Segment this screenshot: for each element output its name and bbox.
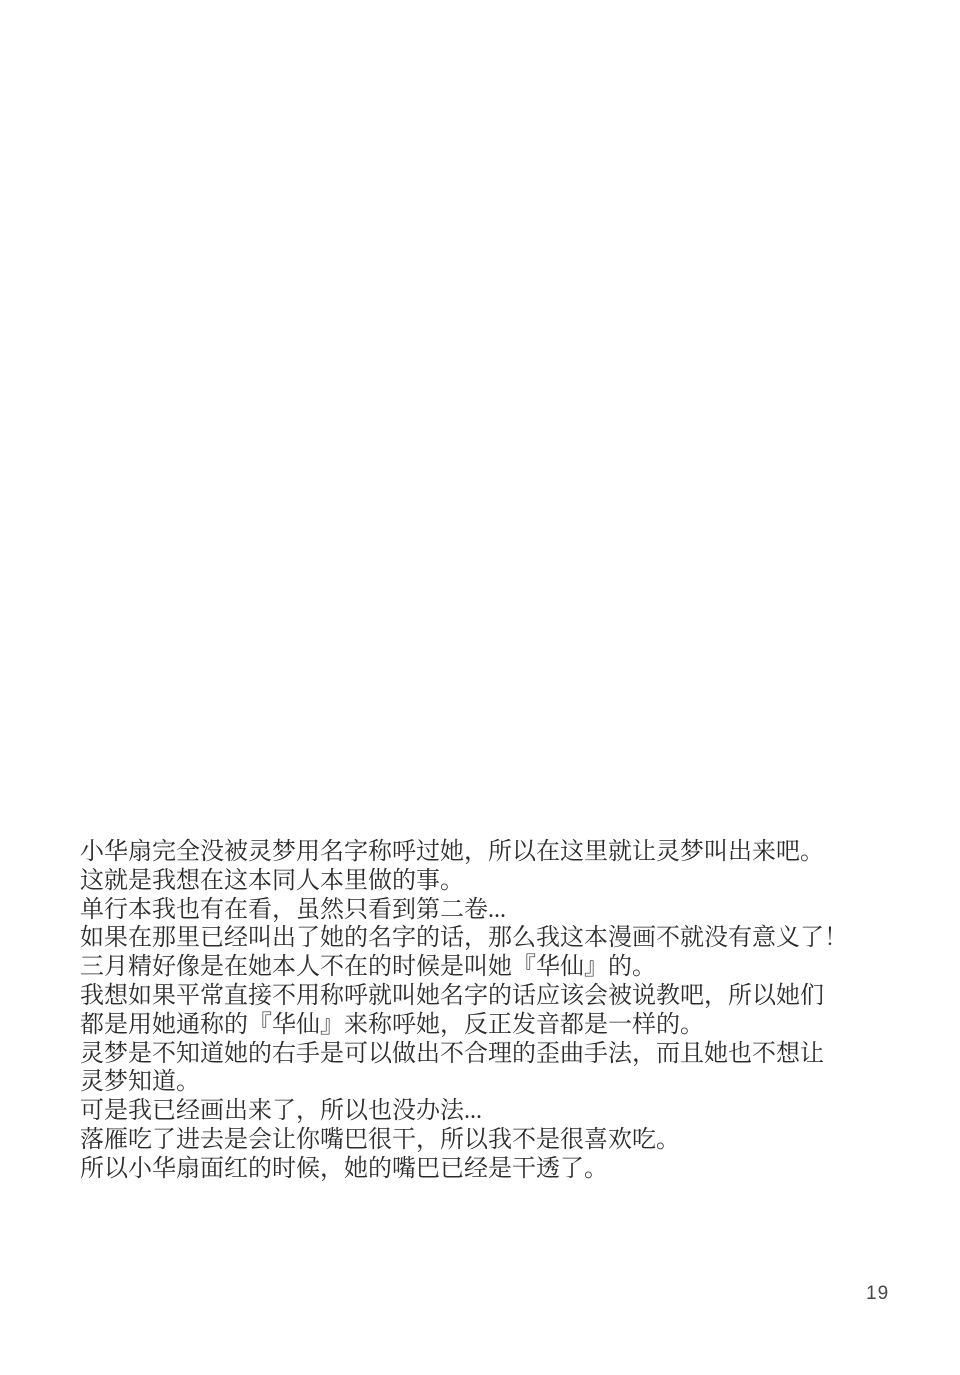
scanned-document-page: 小华扇完全没被灵梦用名字称呼过她，所以在这里就让灵梦叫出来吧。 这就是我想在这本… (0, 0, 960, 1375)
afterword-line: 灵梦是不知道她的右手是可以做出不合理的歪曲手法，而且她也不想让 (80, 1040, 920, 1069)
afterword-line: 我想如果平常直接不用称呼就叫她名字的话应该会被说教吧，所以她们 (80, 982, 920, 1011)
afterword-line: 这就是我想在这本同人本里做的事。 (80, 867, 920, 896)
afterword-line: 都是用她通称的『华仙』来称呼她，反正发音都是一样的。 (80, 1011, 920, 1040)
afterword-line: 落雁吃了进去是会让你嘴巴很干，所以我不是很喜欢吃。 (80, 1126, 920, 1155)
afterword-text-block: 小华扇完全没被灵梦用名字称呼过她，所以在这里就让灵梦叫出来吧。 这就是我想在这本… (80, 838, 920, 1184)
afterword-line: 小华扇完全没被灵梦用名字称呼过她，所以在这里就让灵梦叫出来吧。 (80, 838, 920, 867)
page-number: 19 (866, 1283, 889, 1305)
afterword-line: 灵梦知道。 (80, 1068, 920, 1097)
afterword-line: 单行本我也有在看，虽然只看到第二卷... (80, 896, 920, 925)
afterword-line: 三月精好像是在她本人不在的时候是叫她『华仙』的。 (80, 953, 920, 982)
afterword-line: 可是我已经画出来了，所以也没办法... (80, 1097, 920, 1126)
afterword-line: 所以小华扇面红的时候，她的嘴巴已经是干透了。 (80, 1155, 920, 1184)
afterword-line: 如果在那里已经叫出了她的名字的话，那么我这本漫画不就没有意义了！ (80, 924, 920, 953)
